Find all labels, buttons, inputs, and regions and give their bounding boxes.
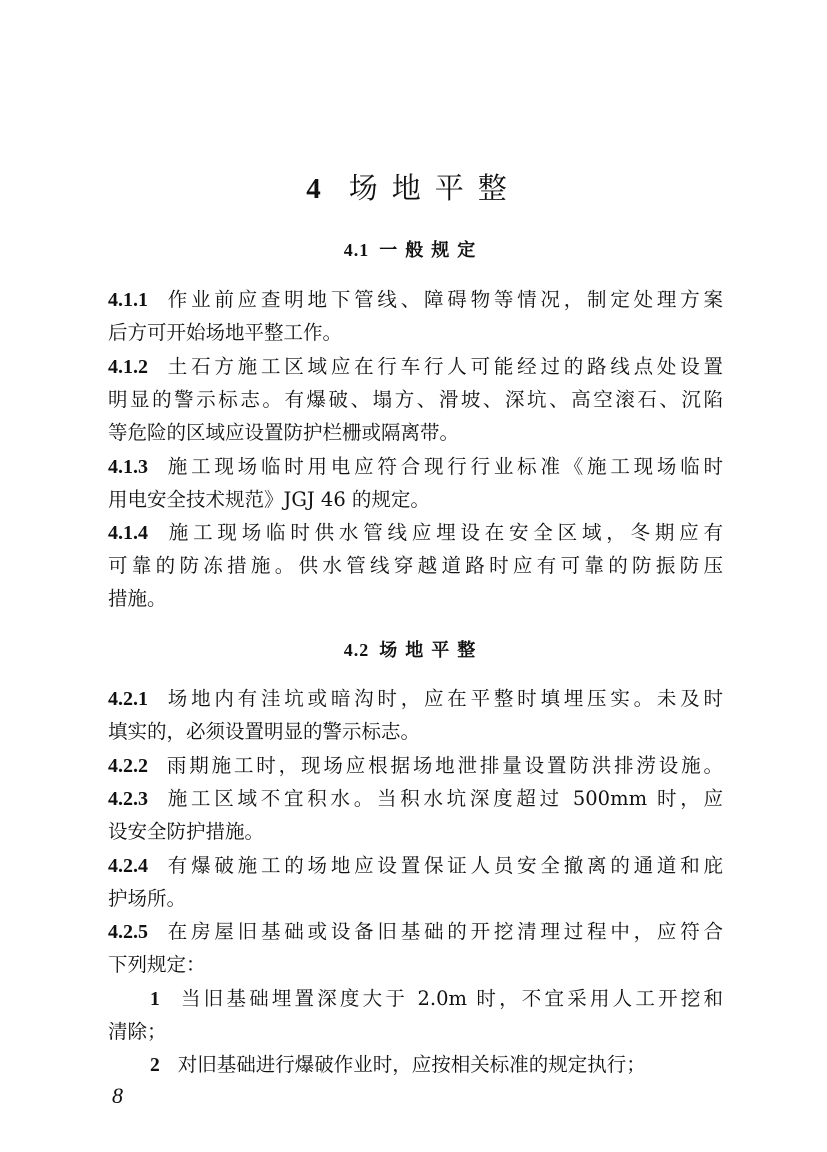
clause-number: 4.1.2 [108,356,148,378]
document-page: 4场地平整 4.1一般规定 4.1.1作业前应查明地下管线、障碍物等情况，制定处… [0,0,827,1152]
clause-text: 场地内有洼坑或暗沟时，应在平整时填埋压实。未及时 [164,687,723,710]
clause-text: 在房屋旧基础或设备旧基础的开挖清理过程中，应符合 [164,920,723,943]
clause-text: 等危险的区域应设置防护栏栅或隔离带。 [108,421,459,444]
clause-4-1-3-cont: 用电安全技术规范》JGJ 46 的规定。 [108,488,723,512]
clause-text: 后方可开始场地平整工作。 [108,321,342,344]
clause-4-1-2: 4.1.2土石方施工区域应在行车行人可能经过的路线点处设置 [108,355,723,379]
clause-number: 4.1.1 [108,289,148,311]
clause-4-2-4-cont: 护场所。 [108,887,723,911]
clause-text: 作业前应查明地下管线、障碍物等情况，制定处理方案 [164,288,723,311]
clause-text: 填实的，必须设置明显的警示标志。 [108,720,420,743]
list-item-1-cont: 清除； [108,1020,723,1044]
clause-4-2-1-cont: 填实的，必须设置明显的警示标志。 [108,720,723,744]
clause-number: 4.2.4 [108,855,148,877]
clause-4-1-2-cont: 等危险的区域应设置防护栏栅或隔离带。 [108,421,723,445]
clause-number: 4.2.2 [108,755,148,777]
chapter-number: 4 [306,173,335,205]
page-number: 8 [112,1083,123,1109]
clause-4-2-4: 4.2.4有爆破施工的场地应设置保证人员安全撤离的通道和庇 [108,854,723,878]
section-title-4-1: 4.1一般规定 [0,236,827,262]
item-number: 1 [150,989,160,1010]
clause-number: 4.1.4 [108,522,148,544]
clause-4-1-4-cont: 措施。 [108,587,723,611]
section-number: 4.2 [344,640,370,660]
clause-text: 护场所。 [108,887,186,910]
list-item-1: 1当旧基础埋置深度大于 2.0m 时，不宜采用人工开挖和 [150,987,723,1012]
clause-4-1-4-cont: 可靠的防冻措施。供水管线穿越道路时应有可靠的防振防压 [108,554,723,578]
clause-4-1-1: 4.1.1作业前应查明地下管线、障碍物等情况，制定处理方案 [108,288,723,312]
clause-number: 4.1.3 [108,456,148,478]
clause-4-1-1-cont: 后方可开始场地平整工作。 [108,321,723,345]
clause-number: 4.2.3 [108,788,148,810]
clause-text: 施工现场临时用电应符合现行行业标准《施工现场临时 [164,455,723,478]
clause-4-2-5-cont: 下列规定： [108,953,723,977]
clause-text: 雨期施工时，现场应根据场地泄排量设置防洪排涝设施。 [164,754,723,777]
clause-text: 有爆破施工的场地应设置保证人员安全撤离的通道和庇 [164,854,723,877]
clause-text: 土石方施工区域应在行车行人可能经过的路线点处设置 [164,355,723,378]
item-text: 对旧基础进行爆破作业时，应按相关标准的规定执行； [178,1053,646,1076]
chapter-title: 4场地平整 [0,166,827,207]
item-number: 2 [150,1055,160,1076]
clause-text: 措施。 [108,587,167,610]
section-number: 4.1 [344,240,370,260]
clause-4-1-3: 4.1.3施工现场临时用电应符合现行行业标准《施工现场临时 [108,455,723,479]
clause-4-2-3-cont: 设安全防护措施。 [108,820,723,844]
clause-4-2-3: 4.2.3施工区域不宜积水。当积水坑深度超过 500mm 时，应 [108,787,723,811]
clause-text: 施工区域不宜积水。当积水坑深度超过 500mm 时，应 [164,787,723,810]
clause-4-2-1: 4.2.1场地内有洼坑或暗沟时，应在平整时填埋压实。未及时 [108,687,723,711]
clause-text: 明显的警示标志。有爆破、塌方、滑坡、深坑、高空滚石、沉陷 [108,388,723,411]
clause-text: 下列规定： [108,953,206,976]
item-text: 当旧基础埋置深度大于 2.0m 时，不宜采用人工开挖和 [178,987,723,1010]
section-title-text: 一般规定 [379,240,483,261]
section-title-4-2: 4.2场地平整 [0,636,827,662]
clause-4-1-4: 4.1.4施工现场临时供水管线应埋设在安全区域，冬期应有 [108,521,723,545]
clause-text: 用电安全技术规范》JGJ 46 的规定。 [108,488,430,511]
clause-4-2-5: 4.2.5在房屋旧基础或设备旧基础的开挖清理过程中，应符合 [108,920,723,944]
section-title-text: 场地平整 [379,640,483,661]
clause-number: 4.2.1 [108,688,148,710]
clause-4-2-2: 4.2.2雨期施工时，现场应根据场地泄排量设置防洪排涝设施。 [108,754,723,778]
clause-number: 4.2.5 [108,921,148,943]
chapter-title-text: 场地平整 [349,171,521,205]
clause-text: 可靠的防冻措施。供水管线穿越道路时应有可靠的防振防压 [108,554,723,577]
clause-text: 施工现场临时供水管线应埋设在安全区域，冬期应有 [164,521,723,544]
list-item-2: 2对旧基础进行爆破作业时，应按相关标准的规定执行； [150,1053,723,1078]
clause-4-1-2-cont: 明显的警示标志。有爆破、塌方、滑坡、深坑、高空滚石、沉陷 [108,388,723,412]
clause-text: 设安全防护措施。 [108,820,264,843]
item-text: 清除； [108,1020,167,1043]
